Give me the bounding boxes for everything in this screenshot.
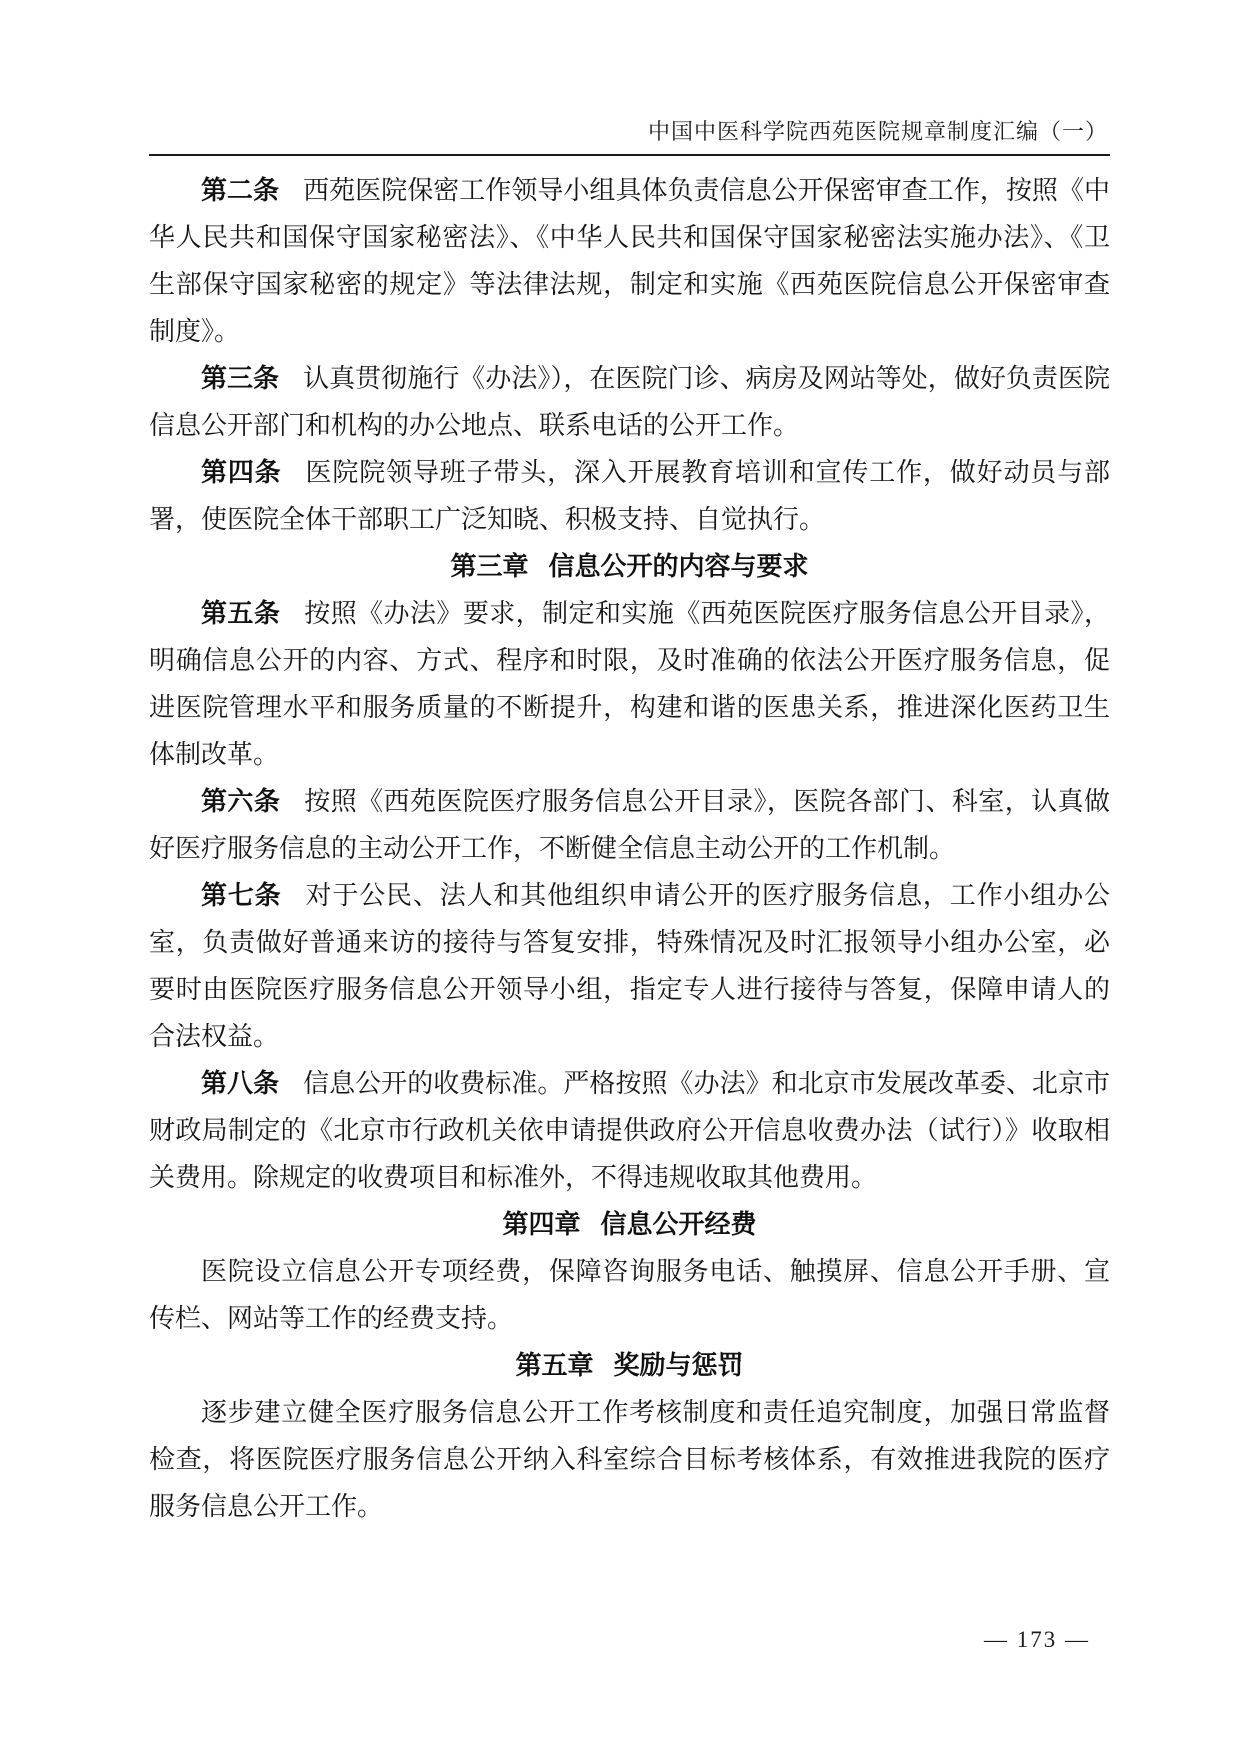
paragraph-text: 按照《西苑医院医疗服务信息公开目录》，医院各部门、科室，认真做好医疗服务信息的主…	[149, 787, 1110, 863]
article-paragraph: 第三条认真贯彻施行《办法》），在医院门诊、病房及网站等处，做好负责医院信息公开部…	[149, 355, 1110, 449]
article-number: 第七条	[201, 880, 282, 910]
chapter-heading: 第三章信息公开的内容与要求	[149, 543, 1110, 590]
article-paragraph: 第六条按照《西苑医院医疗服务信息公开目录》，医院各部门、科室，认真做好医疗服务信…	[149, 778, 1110, 872]
article-number: 第六条	[201, 786, 280, 816]
page-number: — 173 —	[984, 1626, 1090, 1654]
chapter-number: 第五章	[515, 1350, 593, 1380]
chapter-heading: 第四章信息公开经费	[149, 1201, 1110, 1248]
article-number: 第三条	[201, 363, 279, 393]
chapter-number: 第四章	[502, 1209, 580, 1239]
chapter-title: 奖励与惩罚	[614, 1350, 744, 1380]
document-page: 中国中医科学院西苑医院规章制度汇编（一） 第二条西苑医院保密工作领导小组具体负责…	[0, 0, 1240, 1754]
paragraph: 逐步建立健全医疗服务信息公开工作考核制度和责任追究制度，加强日常监督检查，将医院…	[149, 1389, 1110, 1530]
paragraph-text: 医院设立信息公开专项经费，保障咨询服务电话、触摸屏、信息公开手册、宣传栏、网站等…	[149, 1257, 1110, 1333]
document-body: 第二条西苑医院保密工作领导小组具体负责信息公开保密审查工作，按照《中华人民共和国…	[149, 167, 1110, 1530]
chapter-heading: 第五章奖励与惩罚	[149, 1342, 1110, 1389]
running-header: 中国中医科学院西苑医院规章制度汇编（一）	[149, 117, 1108, 147]
paragraph-text: 信息公开的收费标准。严格按照《办法》和北京市发展改革委、北京市财政局制定的《北京…	[149, 1069, 1110, 1192]
chapter-title: 信息公开的内容与要求	[549, 551, 809, 581]
paragraph-text: 对于公民、法人和其他组织申请公开的医疗服务信息，工作小组办公室，负责做好普通来访…	[149, 881, 1110, 1051]
article-number: 第四条	[201, 457, 282, 487]
article-number: 第八条	[201, 1068, 279, 1098]
article-paragraph: 第八条信息公开的收费标准。严格按照《办法》和北京市发展改革委、北京市财政局制定的…	[149, 1060, 1110, 1201]
article-number: 第五条	[201, 598, 280, 628]
article-paragraph: 第四条医院院领导班子带头，深入开展教育培训和宣传工作，做好动员与部署，使医院全体…	[149, 449, 1110, 543]
article-paragraph: 第二条西苑医院保密工作领导小组具体负责信息公开保密审查工作，按照《中华人民共和国…	[149, 167, 1110, 355]
chapter-title: 信息公开经费	[601, 1209, 757, 1239]
article-paragraph: 第五条按照《办法》要求，制定和实施《西苑医院医疗服务信息公开目录》，明确信息公开…	[149, 590, 1110, 778]
paragraph-text: 医院院领导班子带头，深入开展教育培训和宣传工作，做好动员与部署，使医院全体干部职…	[149, 458, 1110, 534]
chapter-number: 第三章	[450, 551, 528, 581]
paragraph-text: 西苑医院保密工作领导小组具体负责信息公开保密审查工作，按照《中华人民共和国保守国…	[149, 176, 1110, 346]
paragraph-text: 认真贯彻施行《办法》），在医院门诊、病房及网站等处，做好负责医院信息公开部门和机…	[149, 364, 1110, 440]
header-rule	[149, 154, 1110, 156]
paragraph-text: 按照《办法》要求，制定和实施《西苑医院医疗服务信息公开目录》，明确信息公开的内容…	[149, 599, 1110, 769]
paragraph-text: 逐步建立健全医疗服务信息公开工作考核制度和责任追究制度，加强日常监督检查，将医院…	[149, 1398, 1110, 1521]
article-number: 第二条	[201, 175, 279, 205]
paragraph: 医院设立信息公开专项经费，保障咨询服务电话、触摸屏、信息公开手册、宣传栏、网站等…	[149, 1248, 1110, 1342]
article-paragraph: 第七条对于公民、法人和其他组织申请公开的医疗服务信息，工作小组办公室，负责做好普…	[149, 872, 1110, 1060]
